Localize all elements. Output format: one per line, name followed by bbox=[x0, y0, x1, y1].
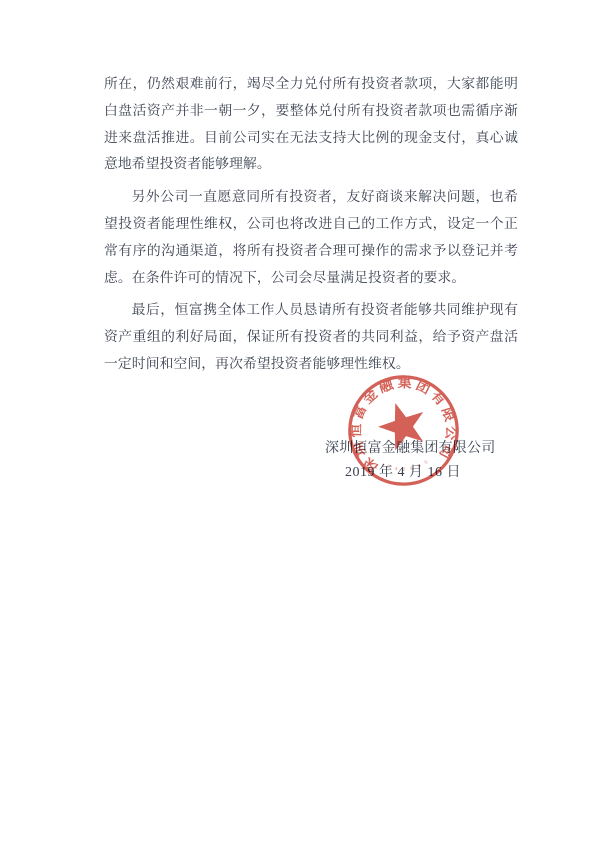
paragraph: 最后，恒富携全体工作人员恳请所有投资者能够共同维护现有资产重组的利好局面，保证所… bbox=[104, 297, 518, 377]
signature-date: 2019 年 4 月 16 日 bbox=[345, 461, 461, 481]
signature-company-name: 深圳恒富金融集团有限公司 bbox=[325, 437, 495, 457]
paragraph: 另外公司一直愿意同所有投资者，友好商谈来解决问题，也希望投资者能理性维权，公司也… bbox=[104, 184, 518, 291]
paragraph: 所在，仍然艰难前行，竭尽全力兑付所有投资者款项，大家都能明白盘活资产并非一朝一夕… bbox=[104, 71, 518, 178]
scanned-letter-page: 所在，仍然艰难前行，竭尽全力兑付所有投资者款项，大家都能明白盘活资产并非一朝一夕… bbox=[0, 0, 600, 848]
letter-body: 所在，仍然艰难前行，竭尽全力兑付所有投资者款项，大家都能明白盘活资产并非一朝一夕… bbox=[104, 71, 518, 384]
